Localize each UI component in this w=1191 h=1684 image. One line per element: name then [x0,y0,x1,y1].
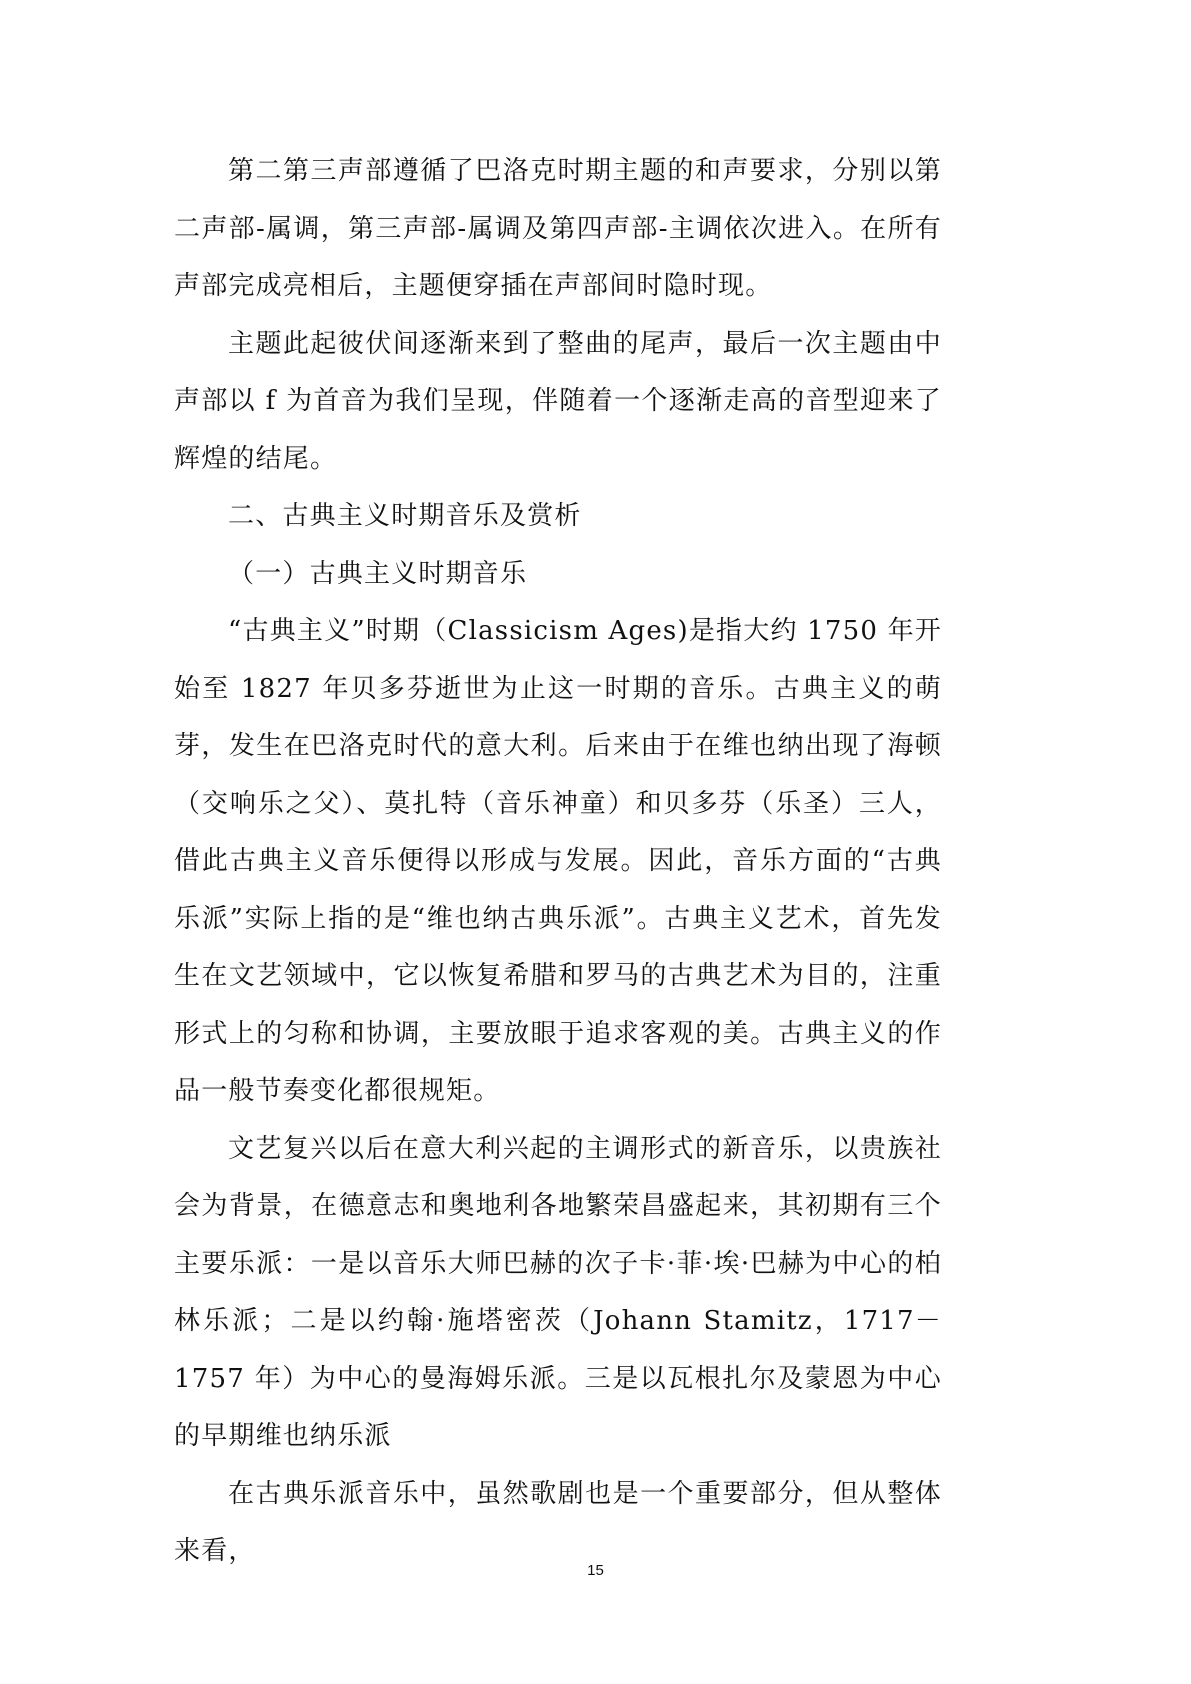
paragraph-finale: 主题此起彼伏间逐渐来到了整曲的尾声，最后一次主题由中声部以 f 为首音为我们呈现… [174,316,942,489]
paragraph-early-schools: 文艺复兴以后在意大利兴起的主调形式的新音乐，以贵族社会为背景，在德意志和奥地利各… [174,1121,942,1466]
paragraph-voice-entries: 第二第三声部遵循了巴洛克时期主题的和声要求，分别以第二声部-属调，第三声部-属调… [174,143,942,316]
paragraph-classicism-definition: “古典主义”时期（Classicism Ages)是指大约 1750 年开始至 … [174,603,942,1121]
page-number: 15 [0,1562,1191,1579]
subsection-heading: （一）古典主义时期音乐 [174,546,942,604]
section-heading: 二、古典主义时期音乐及赏析 [174,488,942,546]
document-page: 第二第三声部遵循了巴洛克时期主题的和声要求，分别以第二声部-属调，第三声部-属调… [0,0,1191,1684]
document-body: 第二第三声部遵循了巴洛克时期主题的和声要求，分别以第二声部-属调，第三声部-属调… [174,143,942,1581]
